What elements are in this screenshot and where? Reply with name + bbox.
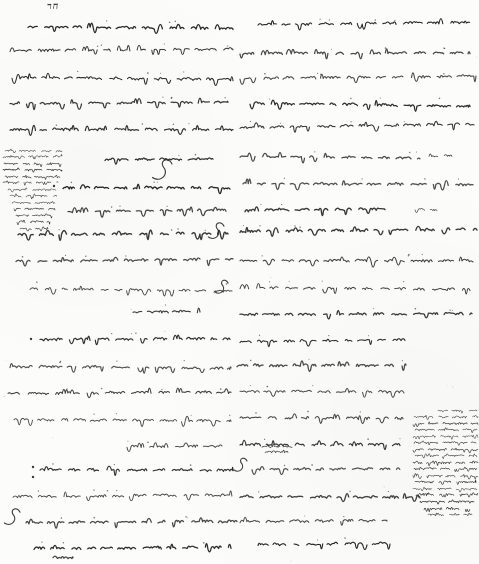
- ink-dot: [60, 361, 61, 362]
- ink-dot: [116, 490, 117, 491]
- margin-note-line: [413, 435, 478, 439]
- margin-note-line: [17, 220, 50, 225]
- ink-dot: [153, 182, 154, 183]
- ink-dot: [36, 281, 38, 283]
- flourish-stroke: [4, 509, 20, 525]
- ink-speck: [130, 309, 132, 311]
- ink-dot: [203, 542, 205, 544]
- handwritten-line: [240, 311, 472, 319]
- ink-dot: [107, 490, 108, 491]
- ink-dot: [375, 19, 376, 20]
- ink-dot: [266, 386, 268, 388]
- ink-dot: [52, 463, 53, 464]
- ink-dot: [147, 441, 149, 443]
- ink-dot: [77, 71, 78, 72]
- ink-dot: [187, 517, 188, 518]
- flourish-stroke: [153, 160, 173, 179]
- margin-note-line: [414, 415, 478, 419]
- ink-dot: [304, 515, 305, 516]
- ink-dot: [284, 465, 285, 466]
- ink-dot: [56, 124, 57, 125]
- margin-note-line: [5, 175, 60, 179]
- handwritten-line: [258, 542, 390, 550]
- ink-dot: [399, 438, 400, 439]
- handwritten-line: [105, 158, 213, 164]
- ink-dot: [119, 206, 120, 207]
- ink-dot: [320, 74, 321, 75]
- ink-dot: [183, 71, 184, 72]
- ink-dot: [171, 97, 173, 99]
- margin-note-line: [4, 163, 61, 167]
- handwritten-line: [18, 230, 228, 240]
- handwritten-line: [240, 388, 404, 397]
- handwritten-line: [68, 207, 226, 217]
- handwritten-line: [16, 257, 233, 266]
- ink-speck: [476, 56, 477, 57]
- ink-dot: [362, 178, 363, 179]
- ink-dot: [106, 20, 107, 21]
- right-column-text: [237, 19, 477, 550]
- ink-dot: [225, 97, 226, 98]
- ink-speck: [199, 459, 200, 460]
- margin-note-line: [10, 194, 57, 199]
- ink-dot: [262, 255, 263, 256]
- ink-dot: [408, 255, 409, 256]
- margin-note-line: [16, 214, 52, 218]
- ink-dot: [162, 97, 163, 98]
- ink-dot: [320, 19, 321, 20]
- ink-speck: [6, 360, 7, 361]
- ink-dot: [289, 281, 290, 282]
- ink-dot: [243, 225, 244, 226]
- ink-dot: [443, 73, 444, 74]
- ink-dot: [314, 151, 315, 152]
- left-column-text: [8, 20, 237, 558]
- ink-dot: [195, 154, 197, 156]
- ink-dot: [311, 464, 313, 466]
- ink-speck: [272, 25, 273, 26]
- ink-speck: [291, 560, 292, 561]
- margin-note-line: [413, 461, 478, 466]
- flourish-stroke: [208, 223, 224, 239]
- ink-dot: [111, 333, 112, 334]
- ink-dot: [111, 206, 113, 208]
- handwritten-line: [40, 335, 230, 345]
- ink-dot: [416, 152, 417, 153]
- ink-dot: [422, 254, 423, 255]
- ink-speck: [412, 555, 413, 556]
- handwritten-line: [237, 361, 406, 371]
- margin-note-line: [20, 227, 48, 231]
- handwritten-line: [240, 257, 473, 267]
- margin-note-line: [424, 507, 470, 511]
- ink-dot: [255, 412, 257, 414]
- handwritten-line: [240, 284, 470, 294]
- ink-dot: [360, 411, 361, 412]
- ink-dot: [403, 281, 404, 282]
- ink-dot: [93, 517, 95, 519]
- ink-speck: [59, 111, 60, 112]
- ink-dot: [367, 438, 369, 440]
- ink-speck: [446, 385, 447, 386]
- handwritten-line: [240, 49, 470, 59]
- ink-dot: [147, 72, 149, 74]
- ink-speck: [164, 331, 165, 332]
- ink-dot: [161, 389, 162, 390]
- margin-gloss-word: [429, 154, 452, 157]
- flourish-stroke: [234, 458, 247, 471]
- ink-dot: [250, 121, 251, 122]
- ink-dot: [281, 204, 282, 205]
- handwritten-line: [13, 491, 232, 501]
- margin-note-line: [415, 428, 477, 433]
- ink-dot: [307, 411, 309, 413]
- ink-dot: [116, 361, 117, 362]
- ink-dot: [93, 489, 94, 490]
- ink-dot: [191, 415, 192, 416]
- handwritten-line: [133, 308, 200, 313]
- ink-dot: [185, 516, 186, 517]
- margin-note-line: [3, 154, 62, 159]
- ink-dot: [116, 413, 117, 414]
- ink-dot: [173, 124, 174, 125]
- ink-dot: [135, 332, 136, 333]
- ink-dot: [343, 516, 344, 517]
- margin-note-line: [413, 474, 478, 480]
- ink-dot: [328, 335, 329, 336]
- ink-dot: [227, 45, 228, 46]
- ink-dot: [409, 152, 410, 153]
- handwriting-layer: [0, 0, 479, 564]
- margin-note-line: [3, 168, 62, 172]
- ink-dot: [404, 121, 405, 122]
- ink-dot: [169, 21, 171, 23]
- margin-gloss-word: [415, 209, 437, 213]
- ink-dot: [331, 49, 332, 50]
- ink-dot: [259, 225, 260, 226]
- handwritten-line: [240, 414, 403, 424]
- ink-dot: [322, 281, 323, 282]
- ink-dot: [165, 304, 166, 305]
- handwritten-line: [240, 153, 420, 163]
- margin-note-line: [415, 454, 477, 459]
- ink-dot: [458, 178, 459, 179]
- ink-dot: [63, 542, 64, 543]
- ink-speck: [4, 396, 6, 398]
- ink-dot: [329, 19, 330, 20]
- ink-dot: [350, 98, 352, 100]
- ink-speck: [41, 206, 42, 207]
- handwritten-line: [40, 466, 233, 475]
- margin-note-line: [420, 500, 474, 504]
- ink-speck: [371, 267, 372, 268]
- ink-dot: [394, 20, 395, 21]
- manuscript-page: חר: [0, 0, 479, 564]
- bullet-dot: [32, 466, 34, 468]
- ink-dot: [160, 73, 161, 74]
- ink-dot: [294, 225, 295, 226]
- ink-speck: [261, 156, 263, 158]
- ink-dot: [205, 230, 206, 231]
- handwritten-line: [240, 494, 420, 502]
- ink-dot: [164, 44, 165, 45]
- ink-dot: [226, 283, 228, 285]
- ink-dot: [439, 98, 441, 100]
- ink-dot: [415, 308, 417, 310]
- ink-dot: [444, 48, 445, 49]
- ink-dot: [85, 255, 86, 256]
- handwritten-line: [30, 286, 232, 296]
- handwritten-line: [240, 121, 474, 132]
- ink-dot: [368, 335, 369, 336]
- ink-dot: [308, 359, 309, 360]
- ink-speck: [270, 277, 272, 279]
- ink-dot: [171, 229, 173, 231]
- handwritten-line: [252, 467, 400, 475]
- ink-speck: [316, 235, 317, 236]
- ink-dot: [220, 388, 222, 390]
- handwritten-line: [14, 416, 231, 426]
- ink-dot: [177, 228, 178, 229]
- ink-dot: [344, 537, 346, 539]
- ink-dot: [184, 360, 185, 361]
- handwritten-line: [53, 556, 73, 558]
- handwritten-line: [12, 73, 233, 85]
- ink-dot: [125, 255, 126, 256]
- ink-dot: [269, 281, 270, 282]
- ink-dot: [284, 178, 285, 179]
- ink-speck: [327, 176, 329, 178]
- ink-dot: [61, 517, 62, 518]
- margin-note-line: [5, 149, 62, 153]
- ink-dot: [229, 415, 230, 416]
- margin-note-line: [413, 448, 478, 453]
- ink-dot: [175, 21, 177, 23]
- ink-speck: [452, 386, 453, 387]
- handwritten-line: [245, 207, 385, 216]
- handwritten-line: [28, 23, 233, 33]
- margin-note-line: [414, 467, 477, 471]
- handwritten-line: [243, 179, 473, 190]
- handwritten-line: [240, 73, 476, 84]
- ink-speck: [89, 126, 90, 127]
- ink-dot: [250, 360, 252, 362]
- bullet-dot: [53, 185, 55, 187]
- handwritten-line: [26, 518, 237, 528]
- ink-dot: [264, 73, 266, 75]
- ink-dot: [250, 385, 251, 386]
- ink-dot: [259, 335, 260, 336]
- ink-speck: [325, 423, 326, 424]
- left-margin-note: [3, 149, 62, 231]
- margin-note-line: [12, 201, 55, 203]
- ink-dot: [424, 178, 426, 180]
- ink-speck: [411, 112, 412, 113]
- handwritten-line: [10, 125, 233, 135]
- handwritten-line: [240, 226, 477, 236]
- margin-note-line: [438, 410, 477, 413]
- margin-note-line: [14, 208, 55, 211]
- ink-speck: [52, 437, 54, 439]
- ink-dot: [312, 385, 313, 386]
- ink-speck: [320, 162, 321, 163]
- ink-dot: [449, 310, 450, 311]
- handwritten-line: [8, 388, 231, 397]
- ink-dot: [93, 413, 94, 414]
- bullet-dot: [30, 338, 32, 340]
- ink-dot: [166, 206, 167, 207]
- ink-dot: [349, 491, 350, 492]
- ink-dot: [71, 182, 73, 184]
- ink-dot: [299, 226, 300, 227]
- handwritten-line: [240, 517, 387, 525]
- margin-note-line: [428, 513, 472, 516]
- handwritten-line: [34, 544, 231, 552]
- margin-note-line: [413, 487, 477, 492]
- ink-dot: [373, 308, 374, 309]
- handwritten-line: [10, 364, 231, 374]
- paragraph-bullets: [30, 185, 55, 478]
- ink-dot: [67, 388, 68, 389]
- ink-dot: [317, 73, 318, 74]
- ink-dot: [258, 491, 259, 492]
- ink-speck: [60, 482, 61, 483]
- margin-note-line: [413, 422, 478, 427]
- interlinear-note: [262, 445, 292, 453]
- ink-dot: [101, 45, 102, 46]
- margin-note-line: [415, 480, 476, 484]
- ink-speck: [384, 486, 385, 487]
- handwritten-line: [127, 443, 222, 452]
- handwritten-line: [10, 98, 228, 109]
- ink-dot: [41, 541, 42, 542]
- ink-dot: [65, 255, 66, 256]
- ink-dot: [402, 360, 403, 361]
- ink-dot: [380, 98, 381, 99]
- bullet-dot: [32, 476, 34, 478]
- handwritten-line: [10, 45, 233, 54]
- margin-note-line: [416, 493, 478, 497]
- handwritten-line: [240, 339, 405, 347]
- handwritten-line: [250, 100, 470, 111]
- ink-dot: [101, 388, 103, 390]
- margin-note-line: [8, 188, 56, 192]
- margin-note-line: [414, 441, 476, 445]
- ink-dot: [452, 310, 453, 311]
- handwritten-line: [63, 184, 230, 193]
- ink-dot: [22, 256, 24, 258]
- ink-dot: [131, 333, 132, 334]
- ink-dot: [38, 490, 39, 491]
- ink-dot: [114, 464, 115, 465]
- ink-dot: [190, 464, 192, 466]
- ink-dot: [317, 540, 318, 541]
- ink-speck: [452, 125, 454, 127]
- handwritten-line: [240, 440, 400, 449]
- ink-dot: [388, 491, 389, 492]
- ink-dot: [260, 204, 261, 205]
- ink-dot: [127, 441, 128, 442]
- ink-dot: [97, 45, 98, 46]
- ink-dot: [157, 182, 158, 183]
- ink-dot: [385, 47, 387, 49]
- margin-note-line: [3, 181, 58, 185]
- ink-dot: [264, 439, 265, 440]
- ink-dot: [280, 123, 281, 124]
- ink-dot: [178, 155, 179, 156]
- right-margin-note: [413, 410, 478, 516]
- ink-dot: [142, 123, 143, 124]
- margin-note-line: [265, 450, 288, 453]
- handwritten-line: [258, 19, 470, 30]
- ink-dot: [350, 121, 351, 122]
- ink-dot: [269, 99, 270, 100]
- ink-dot: [188, 123, 189, 124]
- ink-dot: [59, 229, 60, 230]
